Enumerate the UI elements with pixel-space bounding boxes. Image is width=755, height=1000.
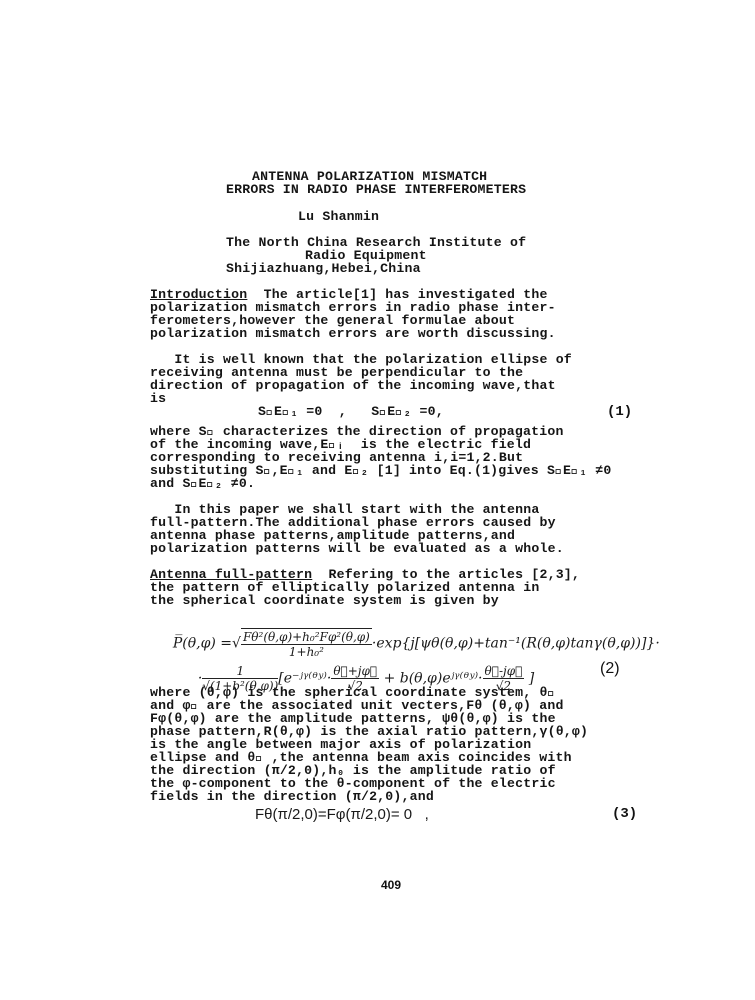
equation-2-number: (2) (600, 660, 620, 678)
para2-line-4: is (150, 392, 166, 405)
section2-line-3: the spherical coordinate system is given… (150, 594, 499, 607)
equation-3: Fθ(π/2,0)=Fφ(π/2,0)= 0 , (255, 806, 429, 823)
para2-line-3: direction of propagation of the incoming… (150, 379, 556, 392)
equation-1: S⃗E⃗₁ =0 , S⃗E⃗₂ =0, (258, 405, 444, 418)
intro-line-4: polarization mismatch errors are worth d… (150, 327, 556, 340)
para4-line-4: polarization patterns will be evaluated … (150, 542, 564, 555)
para3-line-5: and S⃗E⃗₂ ≠0. (150, 477, 255, 490)
page-number: 409 (381, 878, 401, 892)
title-line-2: ERRORS IN RADIO PHASE INTERFEROMETERS (226, 183, 526, 196)
para5-line-9: fields in the direction (π/2,0),and (150, 790, 434, 803)
author: Lu Shanmin (298, 210, 379, 223)
equation-1-number: (1) (607, 404, 632, 420)
equation-3-number: (3) (612, 806, 637, 822)
affiliation-line-3: Shijiazhuang,Hebei,China (226, 262, 421, 275)
